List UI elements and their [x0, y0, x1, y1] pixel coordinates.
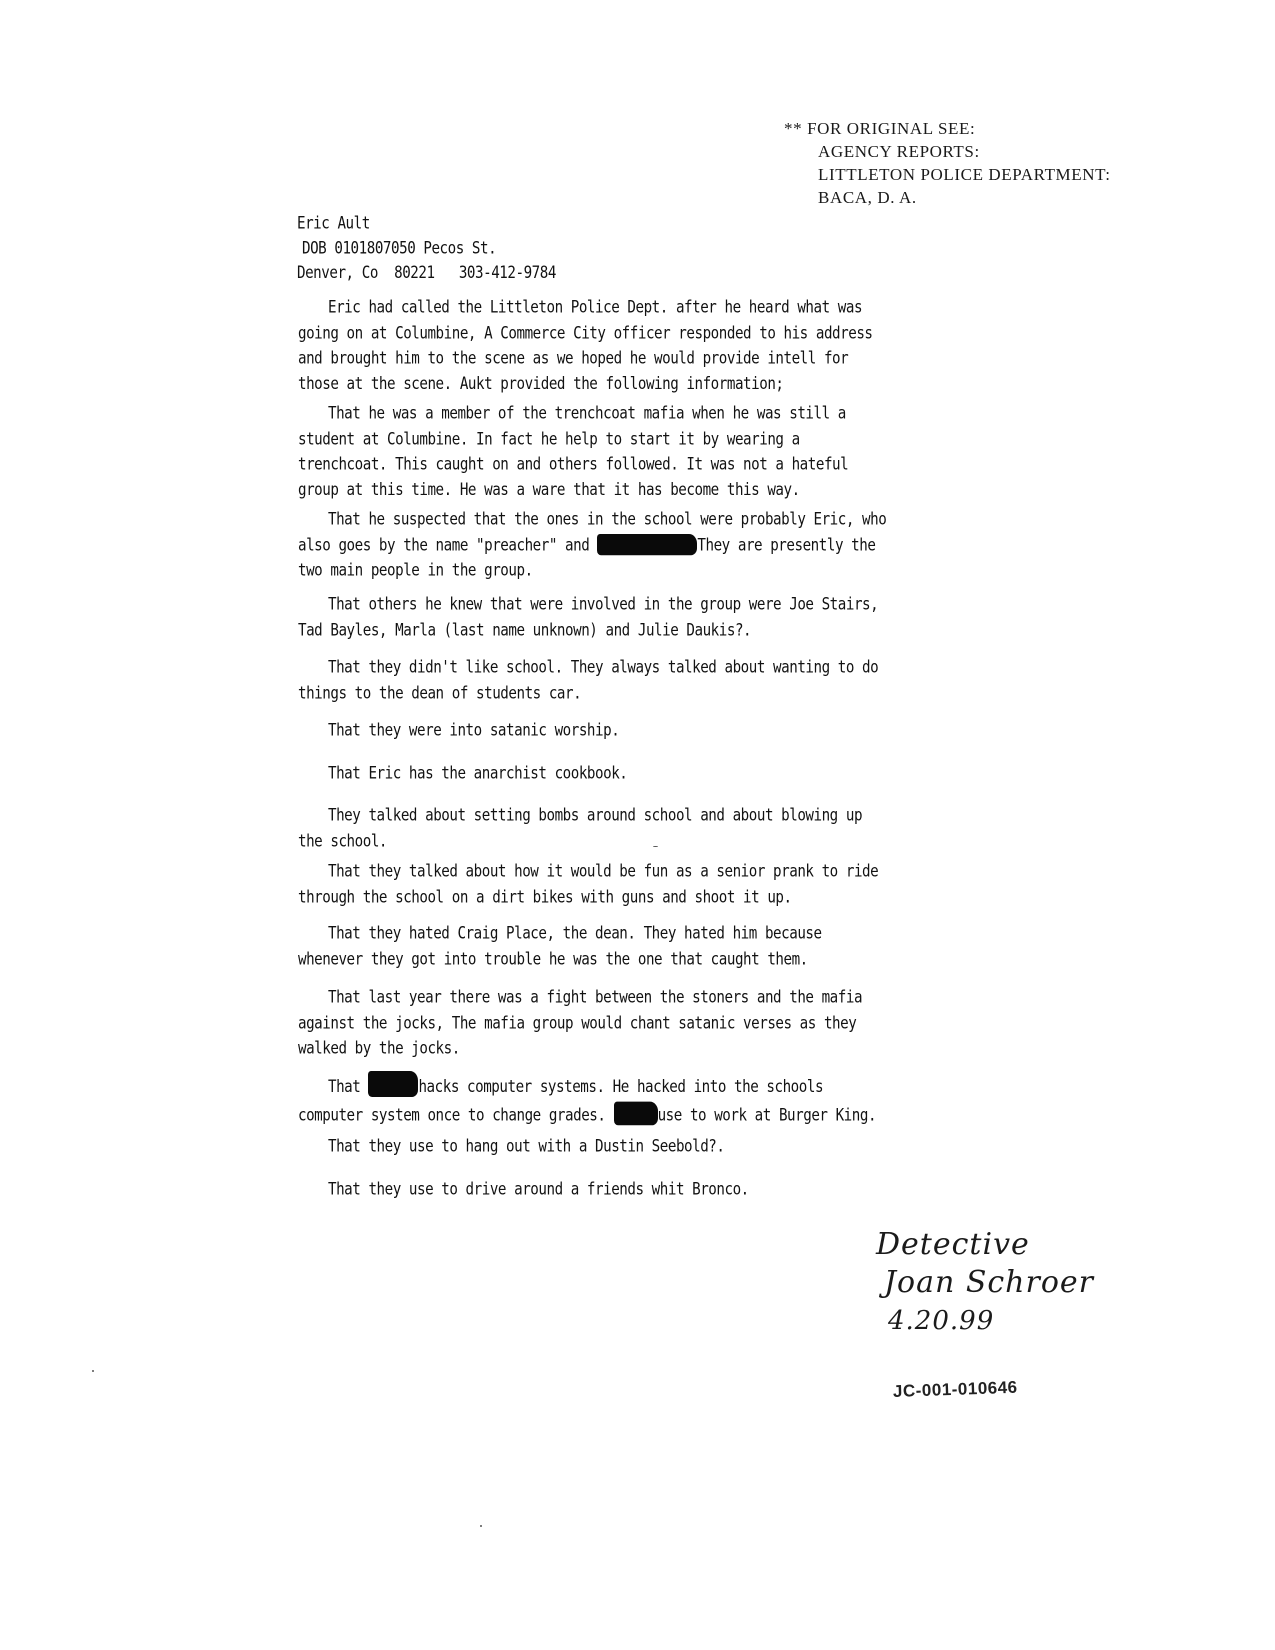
redaction-block	[368, 1071, 418, 1097]
paragraph-worship: That they were into satanic worship.	[298, 719, 619, 744]
scan-speck	[653, 846, 658, 847]
paragraph-suspects: That he suspected that the ones in the s…	[298, 508, 886, 584]
paragraph-line: through the school on a dirt bikes with …	[298, 885, 878, 910]
paragraph-line: That last year there was a fight between…	[298, 986, 862, 1011]
paragraph-line: That others he knew that were involved i…	[298, 593, 878, 618]
handwritten-signature: Detective Joan Schroer 4.20.99	[876, 1226, 1094, 1340]
reference-line-2: AGENCY REPORTS:	[784, 140, 1111, 163]
reference-header: ** FOR ORIGINAL SEE: AGENCY REPORTS: LIT…	[784, 117, 1111, 209]
paragraph-bombs: They talked about setting bombs around s…	[298, 804, 862, 855]
witness-dob-address: DOB 0101807050 Pecos St.	[297, 237, 556, 262]
paragraph-line: going on at Columbine, A Commerce City o…	[298, 321, 873, 346]
witness-contact-block: Eric Ault DOB 0101807050 Pecos St. Denve…	[297, 212, 556, 286]
paragraph-line: two main people in the group.	[298, 559, 886, 584]
witness-city-phone: Denver, Co 80221 303-412-9784	[297, 262, 556, 287]
paragraph-prank: That they talked about how it would be f…	[298, 860, 878, 911]
paragraph-line: That he was a member of the trenchcoat m…	[298, 402, 848, 427]
paragraph-line: They talked about setting bombs around s…	[298, 804, 862, 829]
redaction-block	[597, 533, 697, 554]
paragraph-bronco: That they use to drive around a friends …	[298, 1178, 749, 1203]
paragraph-line: That he suspected that the ones in the s…	[298, 508, 886, 533]
paragraph-membership: That he was a member of the trenchcoat m…	[298, 402, 848, 504]
paragraph-line: That they hated Craig Place, the dean. T…	[298, 922, 822, 947]
signature-date: 4.20.99	[888, 1302, 1094, 1340]
paragraph-dean: That they hated Craig Place, the dean. T…	[298, 922, 822, 973]
paragraph-school: That they didn't like school. They alway…	[298, 656, 878, 707]
paragraph-line: the school.	[298, 829, 862, 854]
paragraph-line: Tad Bayles, Marla (last name unknown) an…	[298, 618, 878, 643]
bates-number: JC-001-010646	[893, 1378, 1018, 1402]
paragraph-line: That hacks computer systems. He hacked i…	[298, 1071, 876, 1101]
reference-line-1: ** FOR ORIGINAL SEE:	[784, 117, 1111, 140]
witness-name: Eric Ault	[297, 212, 556, 237]
scan-speck	[92, 1370, 94, 1372]
paragraph-fight: That last year there was a fight between…	[298, 986, 862, 1062]
paragraph-line: That Eric has the anarchist cookbook.	[298, 762, 627, 787]
paragraph-line: group at this time. He was a ware that i…	[298, 478, 848, 503]
paragraph-cookbook: That Eric has the anarchist cookbook.	[298, 762, 627, 787]
paragraph-line: computer system once to change grades. u…	[298, 1101, 876, 1129]
paragraph-line: That they didn't like school. They alway…	[298, 656, 878, 681]
signature-title: Detective	[876, 1226, 1094, 1264]
paragraph-line: walked by the jocks.	[298, 1037, 862, 1062]
paragraph-line: and brought him to the scene as we hoped…	[298, 347, 873, 372]
paragraph-line: That they use to drive around a friends …	[298, 1178, 749, 1203]
paragraph-line: things to the dean of students car.	[298, 681, 878, 706]
paragraph-line: Eric had called the Littleton Police Dep…	[298, 296, 873, 321]
scan-speck	[480, 1525, 482, 1527]
paragraph-other-members: That others he knew that were involved i…	[298, 593, 878, 644]
paragraph-line: whenever they got into trouble he was th…	[298, 947, 822, 972]
reference-line-4: BACA, D. A.	[784, 186, 1111, 209]
signature-name: Joan Schroer	[884, 1264, 1094, 1302]
reference-line-3: LITTLETON POLICE DEPARTMENT:	[784, 163, 1111, 186]
paragraph-line: against the jocks, The mafia group would…	[298, 1011, 862, 1036]
paragraph-hacking: That hacks computer systems. He hacked i…	[298, 1071, 876, 1129]
paragraph-line: That they use to hang out with a Dustin …	[298, 1135, 725, 1160]
paragraph-line: That they talked about how it would be f…	[298, 860, 878, 885]
redaction-block	[614, 1101, 658, 1125]
paragraph-intro: Eric had called the Littleton Police Dep…	[298, 296, 873, 398]
document-page: ** FOR ORIGINAL SEE: AGENCY REPORTS: LIT…	[0, 0, 1275, 1650]
paragraph-hangout: That they use to hang out with a Dustin …	[298, 1135, 725, 1160]
paragraph-line: trenchcoat. This caught on and others fo…	[298, 453, 848, 478]
paragraph-line: student at Columbine. In fact he help to…	[298, 427, 848, 452]
paragraph-line: those at the scene. Aukt provided the fo…	[298, 372, 873, 397]
paragraph-line: That they were into satanic worship.	[298, 719, 619, 744]
paragraph-line: also goes by the name "preacher" and The…	[298, 533, 886, 558]
